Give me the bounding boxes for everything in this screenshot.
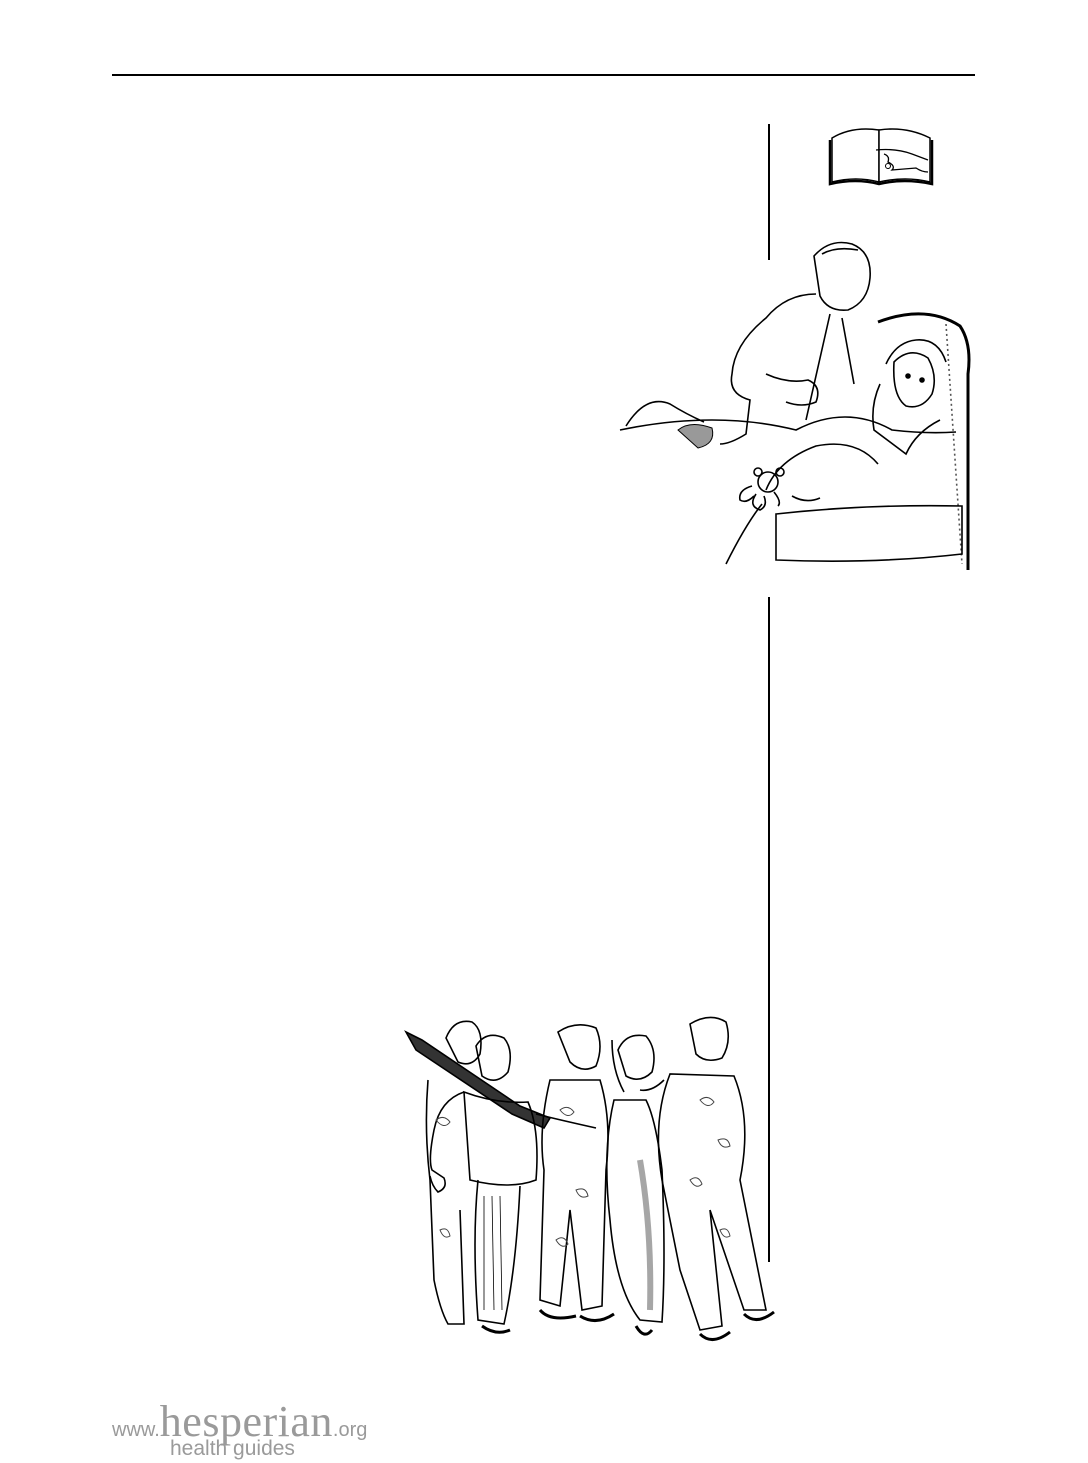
doctor-and-sick-girl-illustration xyxy=(616,234,972,574)
open-book-icon xyxy=(826,124,936,186)
soldiers-threatening-civilians-illustration xyxy=(400,1010,800,1370)
logo-tld: .org xyxy=(333,1419,367,1441)
logo-www: www. xyxy=(112,1419,160,1441)
logo-tagline: health guides xyxy=(170,1438,367,1459)
hesperian-logo[interactable]: www.hesperian.org health guides xyxy=(112,1400,367,1459)
header-rule xyxy=(112,74,975,76)
